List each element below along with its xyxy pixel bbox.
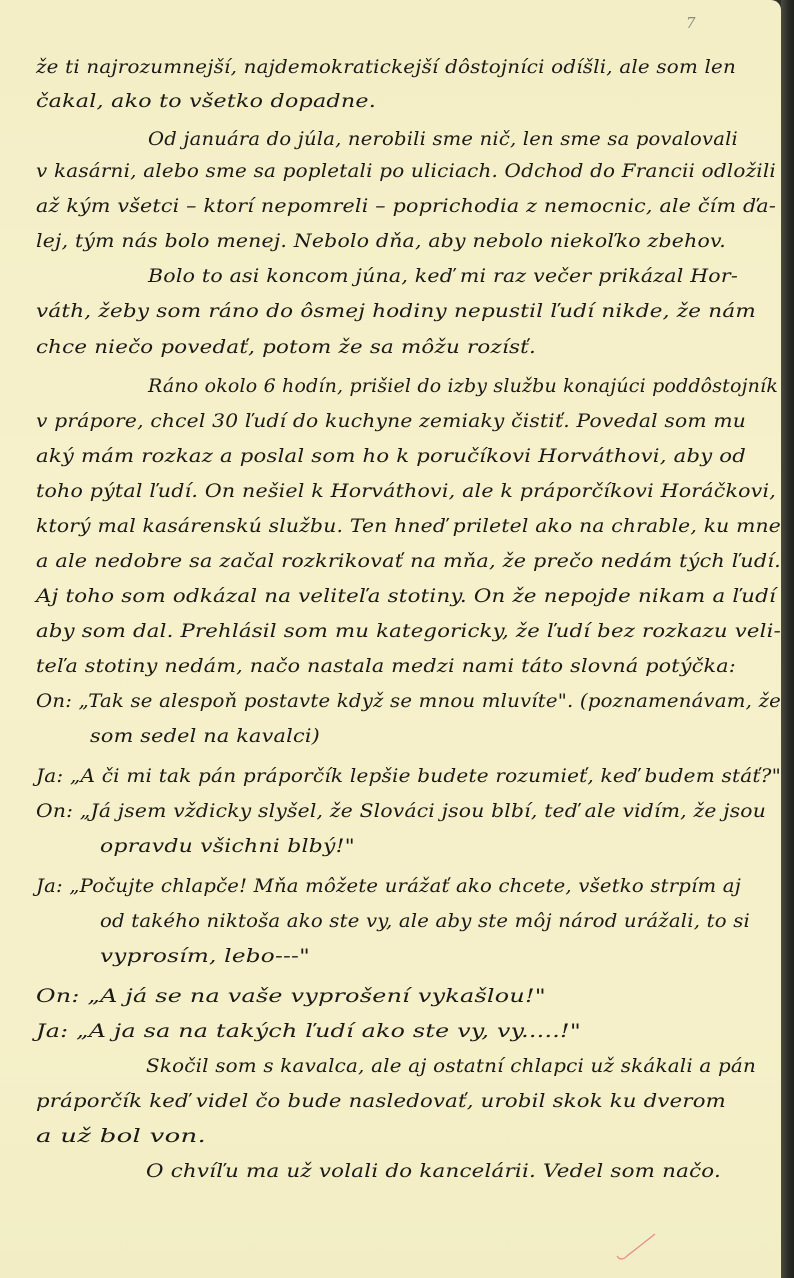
text-line: od takého niktoša ako ste vy, ale aby st…: [100, 910, 750, 932]
text-line: Ráno okolo 6 hodín, prišiel do izby služ…: [148, 375, 778, 397]
text-line: až kým všetci – ktorí nepomreli – popric…: [36, 195, 776, 217]
text-line: toho pýtal ľudí. On nešiel k Horváthovi,…: [36, 480, 776, 502]
text-line: Aj toho som odkázal na veliteľa stotiny.…: [36, 585, 776, 607]
text-line: a ale nedobre sa začal rozkrikovať na mň…: [36, 550, 781, 572]
text-line: lej, tým nás bolo menej. Nebolo dňa, aby…: [36, 230, 726, 252]
text-line: čakal, ako to všetko dopadne.: [36, 90, 376, 112]
text-line: v prápore, chcel 30 ľudí do kuchyne zemi…: [36, 410, 746, 432]
text-line: O chvíľu ma už volali do kancelárii. Ved…: [146, 1160, 721, 1182]
page-number: 7: [686, 14, 696, 32]
text-line: Ja: „A ja sa na takých ľudí ako ste vy, …: [36, 1020, 581, 1042]
text-line: Bolo to asi koncom júna, keď mi raz veče…: [148, 265, 738, 287]
red-check-mark-icon: [615, 1232, 657, 1262]
text-line: Od januára do júla, nerobili sme nič, le…: [148, 128, 738, 150]
text-line: teľa stotiny nedám, načo nastala medzi n…: [36, 655, 736, 677]
text-line: Ja: „Počujte chlapče! Mňa môžete urážať …: [36, 875, 741, 897]
text-line: On: „A já se na vaše vyprošení vykašlou!…: [36, 985, 546, 1007]
page-edge-shadow: [781, 0, 794, 1278]
text-line: som sedel na kavalci): [90, 725, 320, 747]
text-line: chce niečo povedať, potom že sa môžu roz…: [36, 336, 536, 358]
text-line: vyprosím, lebo---": [100, 945, 310, 967]
text-line: aby som dal. Prehlásil som mu kategorick…: [36, 620, 781, 642]
text-line: že ti najrozumnejší, najdemokratickejší …: [36, 56, 736, 78]
text-line: váth, žeby som ráno do ôsmej hodiny nepu…: [36, 300, 756, 322]
text-line: On: „Tak se alespoň postavte když se mno…: [36, 690, 781, 712]
text-line: opravdu všichni blbý!": [100, 835, 355, 857]
manuscript-page: 7 že ti najrozumnejší, najdemokratickejš…: [0, 0, 781, 1278]
text-line: práporčík keď videl čo bude nasledovať, …: [36, 1090, 726, 1112]
text-line: Ja: „A či mi tak pán práporčík lepšie bu…: [36, 765, 781, 787]
text-line: Skočil som s kavalca, ale aj ostatní chl…: [146, 1055, 756, 1077]
text-line: a už bol von.: [36, 1125, 206, 1147]
text-line: ktorý mal kasárenskú službu. Ten hneď pr…: [36, 515, 781, 537]
text-line: On: „Já jsem vždicky slyšel, že Slováci …: [36, 800, 766, 822]
text-line: aký mám rozkaz a poslal som ho k poručík…: [36, 445, 746, 467]
text-line: v kasárni, alebo sme sa popletali po uli…: [36, 160, 776, 182]
